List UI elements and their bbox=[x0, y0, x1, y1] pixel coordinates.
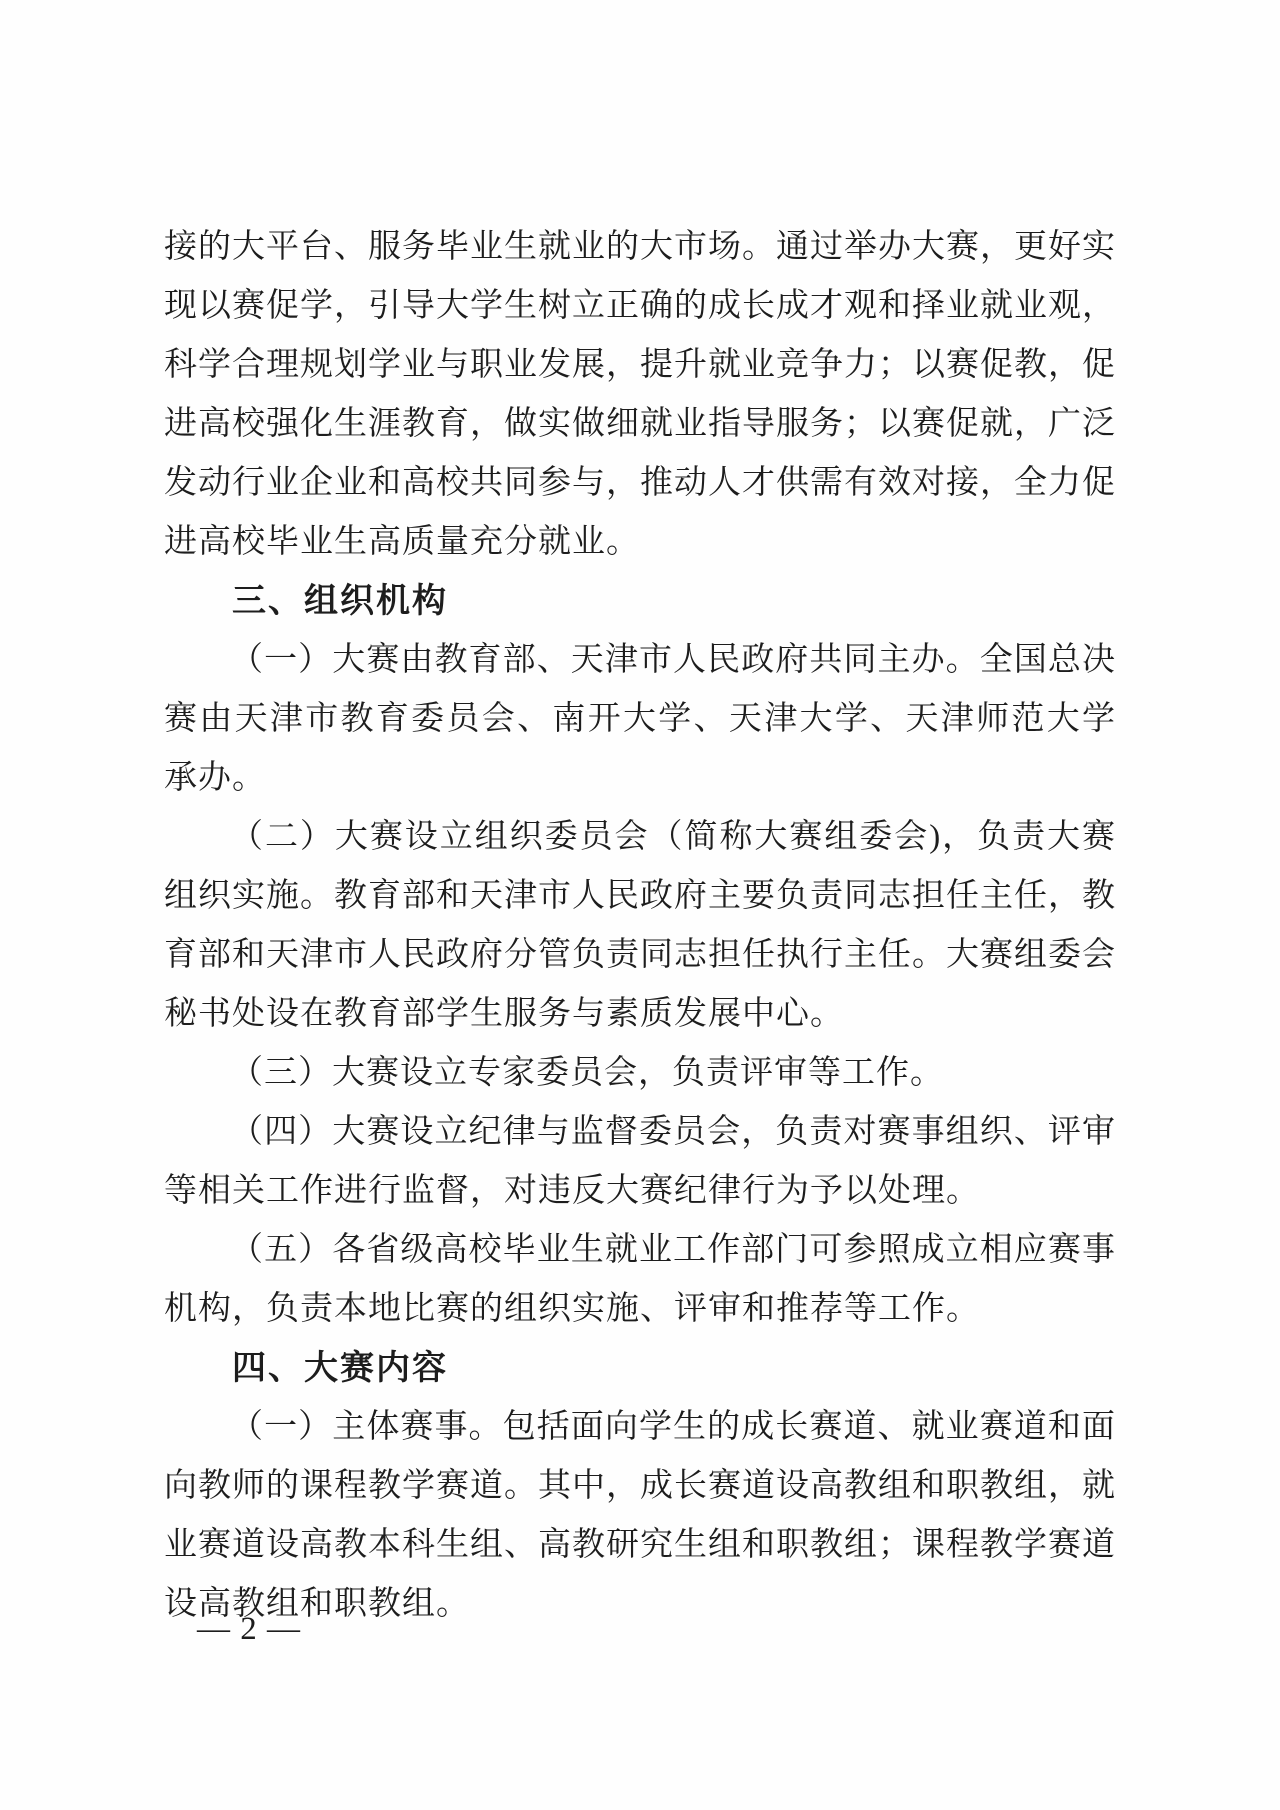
section-heading: 三、组织机构 bbox=[164, 572, 1116, 631]
body-text-line: 育部和天津市人民政府分管负责同志担任执行主任。大赛组委会 bbox=[164, 926, 1116, 985]
body-text-line: （三）大赛设立专家委员会，负责评审等工作。 bbox=[164, 1044, 1116, 1103]
body-text-line: （五）各省级高校毕业生就业工作部门可参照成立相应赛事 bbox=[164, 1221, 1116, 1280]
body-text-line: 现以赛促学，引导大学生树立正确的成长成才观和择业就业观， bbox=[164, 277, 1116, 336]
body-text-line: 业赛道设高教本科生组、高教研究生组和职教组；课程教学赛道 bbox=[164, 1516, 1116, 1575]
body-text-line: 承办。 bbox=[164, 749, 1116, 808]
body-text-line: （四）大赛设立纪律与监督委员会，负责对赛事组织、评审 bbox=[164, 1103, 1116, 1162]
body-text-line: 机构，负责本地比赛的组织实施、评审和推荐等工作。 bbox=[164, 1280, 1116, 1339]
document-body: 接的大平台、服务毕业生就业的大市场。通过举办大赛，更好实现以赛促学，引导大学生树… bbox=[164, 218, 1116, 1634]
body-text-line: 发动行业企业和高校共同参与，推动人才供需有效对接，全力促 bbox=[164, 454, 1116, 513]
body-text-line: 等相关工作进行监督，对违反大赛纪律行为予以处理。 bbox=[164, 1162, 1116, 1221]
body-text-line: 秘书处设在教育部学生服务与素质发展中心。 bbox=[164, 985, 1116, 1044]
section-heading: 四、大赛内容 bbox=[164, 1339, 1116, 1398]
body-text-line: （一）大赛由教育部、天津市人民政府共同主办。全国总决 bbox=[164, 631, 1116, 690]
body-text-line: 进高校强化生涯教育，做实做细就业指导服务；以赛促就，广泛 bbox=[164, 395, 1116, 454]
body-text-line: 设高教组和职教组。 bbox=[164, 1575, 1116, 1634]
page-number: — 2 — bbox=[197, 1606, 301, 1652]
body-text-line: 进高校毕业生高质量充分就业。 bbox=[164, 513, 1116, 572]
body-text-line: 向教师的课程教学赛道。其中，成长赛道设高教组和职教组，就 bbox=[164, 1457, 1116, 1516]
body-text-line: （一）主体赛事。包括面向学生的成长赛道、就业赛道和面 bbox=[164, 1398, 1116, 1457]
body-text-line: 科学合理规划学业与职业发展，提升就业竞争力；以赛促教，促 bbox=[164, 336, 1116, 395]
body-text-line: （二）大赛设立组织委员会（简称大赛组委会)，负责大赛的 bbox=[164, 808, 1116, 867]
document-page: 接的大平台、服务毕业生就业的大市场。通过举办大赛，更好实现以赛促学，引导大学生树… bbox=[0, 0, 1280, 1810]
body-text-line: 组织实施。教育部和天津市人民政府主要负责同志担任主任，教 bbox=[164, 867, 1116, 926]
body-text-line: 接的大平台、服务毕业生就业的大市场。通过举办大赛，更好实 bbox=[164, 218, 1116, 277]
body-text-line: 赛由天津市教育委员会、南开大学、天津大学、天津师范大学 bbox=[164, 690, 1116, 749]
